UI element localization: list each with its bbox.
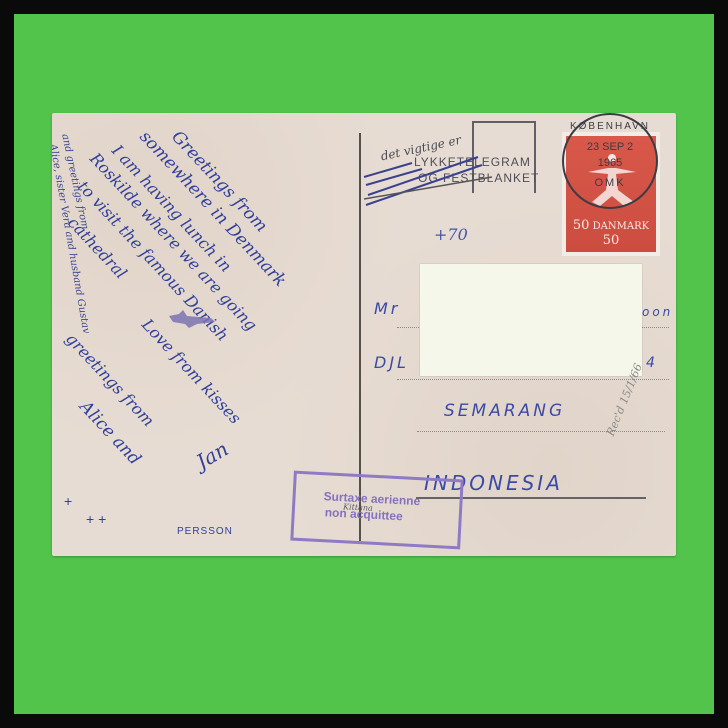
stamp-value-label: 50 DANMARK 50	[566, 218, 656, 248]
kisses-mark: +	[64, 493, 72, 509]
slogan-cancel: det vigtige er LYKKETELEGRAM OG FESTBLAN…	[362, 119, 542, 219]
message-line: greetings from	[62, 329, 158, 430]
airplane-icon	[167, 308, 217, 330]
airmail-cachet: Surtaxe aerienne Kittana non acquittee	[290, 471, 463, 550]
redaction-label	[420, 264, 642, 376]
address-line2-prefix: DJL	[374, 353, 409, 372]
postmark: KØBENHAVN 23 SEP 2 1965 OMK	[562, 113, 658, 209]
cachet-line2: non acquittee	[324, 505, 403, 523]
address-line1-prefix: Mr	[374, 299, 400, 318]
cancel-scribble	[362, 149, 502, 209]
postage-note: +70	[434, 225, 468, 244]
kisses-mark: + +	[86, 511, 106, 527]
postcard-back: Greetings from somewhere in Denmark I am…	[52, 113, 676, 556]
address-rule	[417, 431, 665, 432]
address-line1-tail: oon	[642, 305, 673, 319]
message-line: Jan	[192, 437, 232, 474]
postmark-year: 1965	[564, 157, 656, 169]
postmark-date: 23 SEP 2	[564, 141, 656, 153]
postmark-city: KØBENHAVN	[564, 121, 656, 132]
postmark-code: OMK	[564, 177, 656, 189]
persson-name-stamp: PERSSON	[177, 526, 233, 537]
address-city: SEMARANG	[444, 401, 565, 421]
address-line2-tail: 4	[646, 355, 658, 371]
